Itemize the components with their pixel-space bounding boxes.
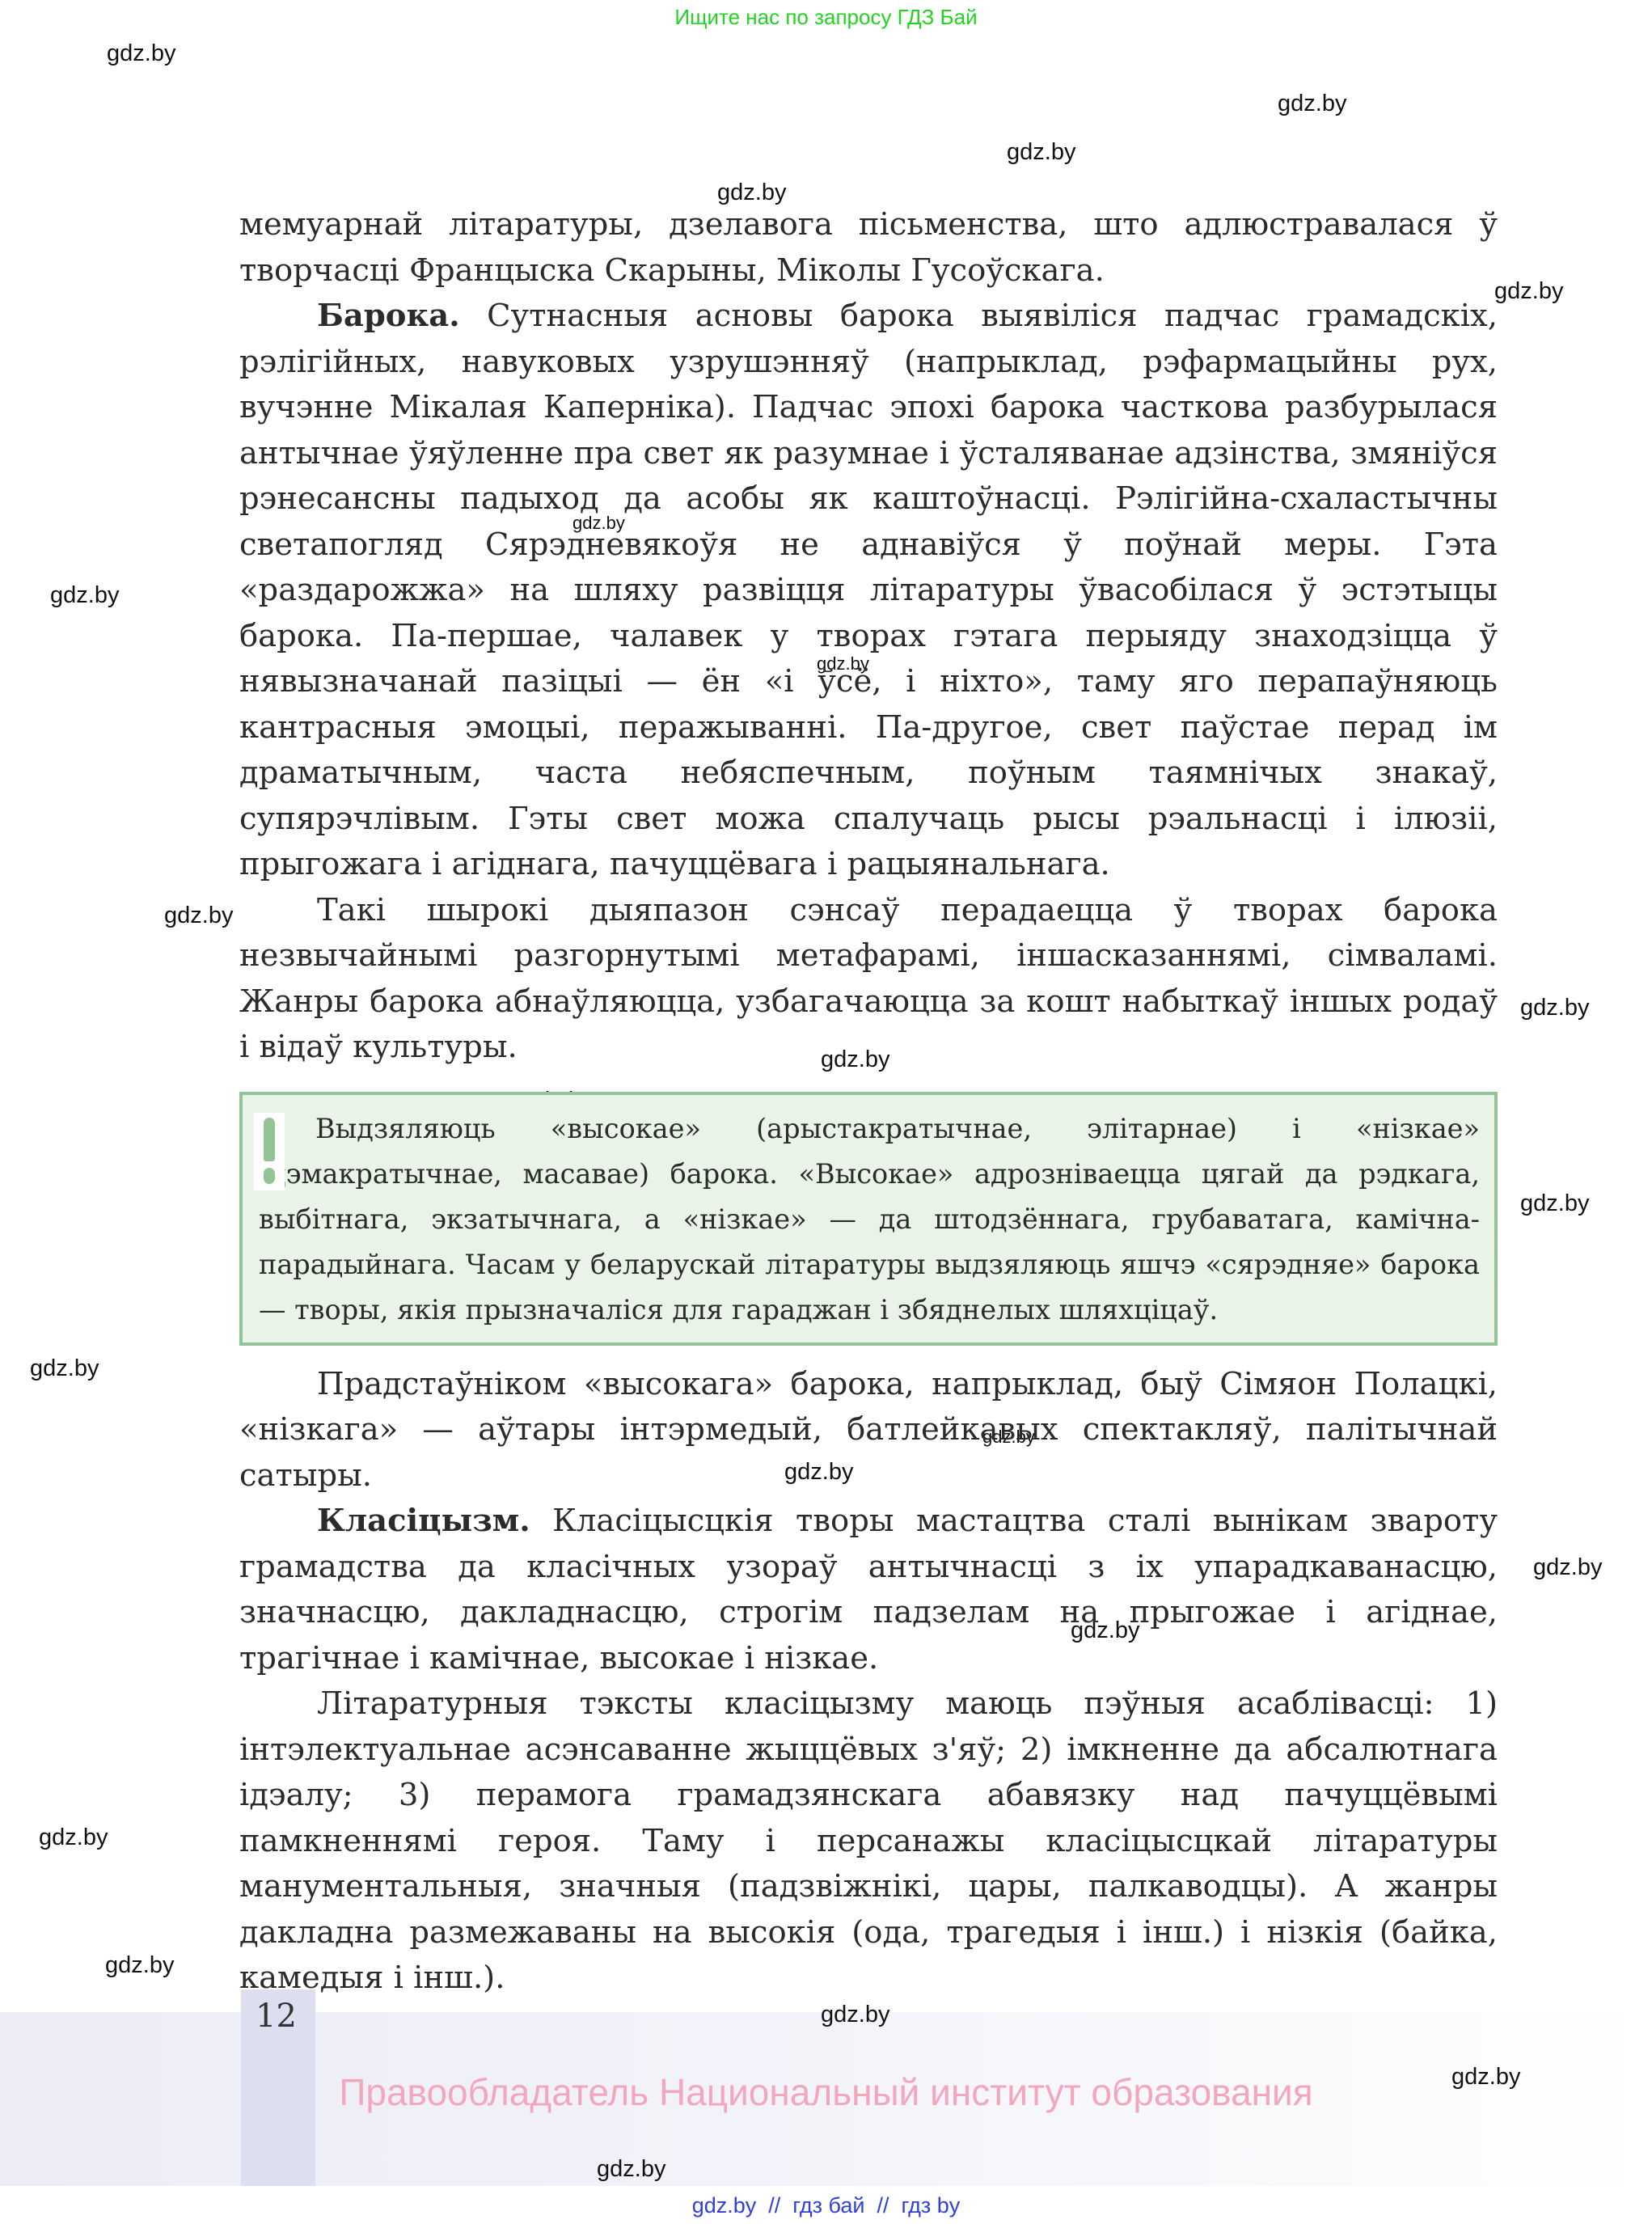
watermark: gdz.by	[164, 903, 233, 929]
page-number: 12	[256, 1998, 297, 2035]
paragraph: Прадстаўніком «высокага» барока, напрыкл…	[239, 1362, 1498, 1499]
watermark: gdz.by	[1007, 139, 1075, 166]
paragraph: Такі шырокі дыяпазон сэнсаў перадаецца ў…	[239, 888, 1498, 1071]
watermark: gdz.by	[821, 2002, 889, 2028]
watermark: gdz.by	[105, 1952, 174, 1979]
search-banner: Ищите нас по запросу ГДЗ Бай	[0, 5, 1652, 30]
callout-text: Выдзяляюць «высокае» (арыстакратычнае, э…	[259, 1106, 1480, 1333]
watermark: gdz.by	[1494, 278, 1563, 305]
term-baroque: Барока.	[317, 298, 460, 334]
note-callout: Выдзяляюць «высокае» (арыстакратычнае, э…	[239, 1092, 1498, 1346]
term-classicism: Класіцызм.	[317, 1503, 530, 1539]
bottom-links[interactable]: gdz.by // гдз бай // гдз by	[0, 2193, 1652, 2218]
paragraph-baroque: Барока. Сутнасныя асновы барока выявіліс…	[239, 294, 1498, 888]
paragraph: Літаратурныя тэксты класіцызму маюць пэў…	[239, 1681, 1498, 2002]
paragraph-classicism: Класіцызм. Класіцысцкія творы мастацтва …	[239, 1499, 1498, 1681]
page-body: мемуарнай літаратуры, дзелавога пісьменс…	[239, 202, 1498, 2002]
watermark: gdz.by	[107, 40, 175, 67]
watermark: gdz.by	[30, 1355, 99, 1382]
watermark: gdz.by	[1533, 1554, 1602, 1581]
watermark: gdz.by	[1278, 91, 1346, 117]
watermark: gdz.by	[597, 2156, 665, 2183]
watermark: gdz.by	[1520, 995, 1589, 1021]
watermark: gdz.by	[50, 582, 119, 609]
exclamation-icon	[254, 1113, 285, 1190]
watermark: gdz.by	[39, 1824, 108, 1851]
paragraph: мемуарнай літаратуры, дзелавога пісьменс…	[239, 202, 1498, 294]
rights-holder-notice: Правообладатель Национальный институт об…	[0, 2070, 1652, 2114]
watermark: gdz.by	[1520, 1190, 1589, 1217]
